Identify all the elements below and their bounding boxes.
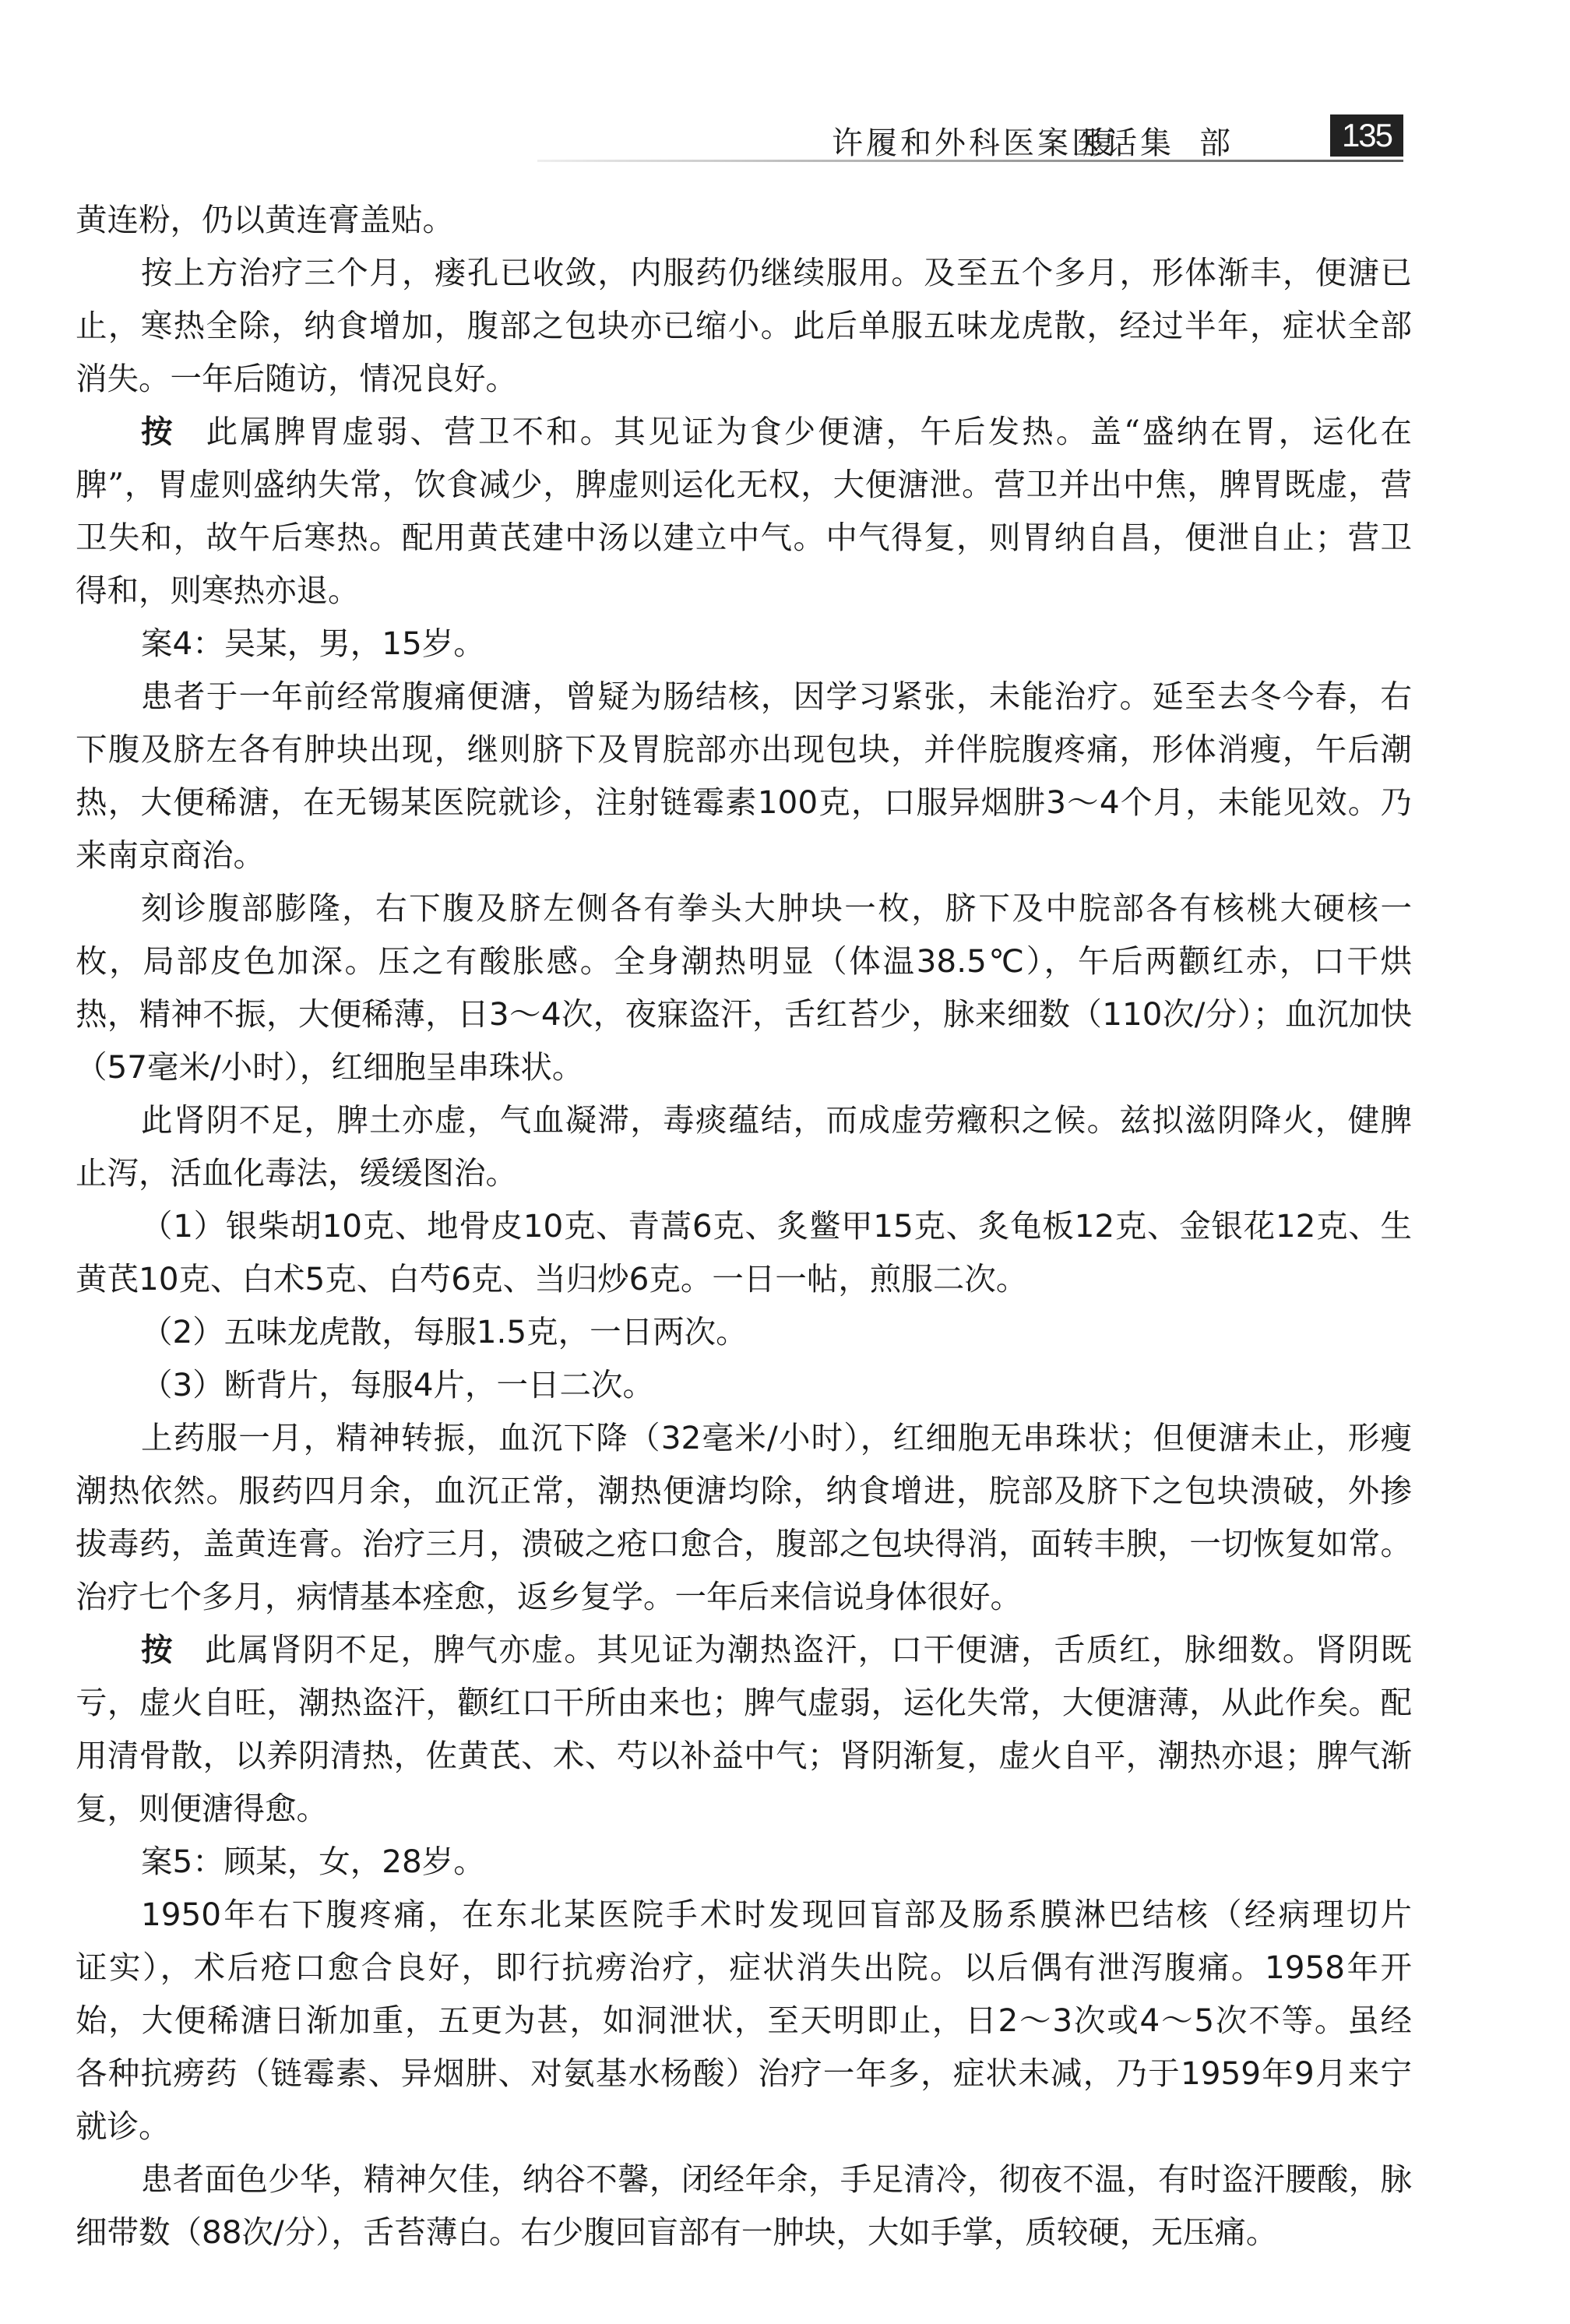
- text-line: 热，大便稀溏，在无锡某医院就诊，注射链霉素100克，口服异烟肼3～4个月，未能见…: [76, 776, 1412, 829]
- text-line: 患者面色少华，精神欠佳，纳谷不馨，闭经年余，手足清冷，彻夜不温，有时盗汗腰酸，脉: [76, 2153, 1412, 2206]
- paragraph: 按上方治疗三个月，瘘孔已收敛，内服药仍继续服用。及至五个多月，形体渐丰，便溏已止…: [76, 246, 1412, 405]
- text-line: 始，大便稀溏日渐加重，五更为甚，如洞泄状，至天明即止，日2～3次或4～5次不等。…: [76, 1994, 1412, 2047]
- text-line: 细带数（88次/分），舌苔薄白。右少腹回盲部有一肿块，大如手掌，质较硬，无压痛。: [76, 2206, 1412, 2259]
- text-line: 此肾阴不足，脾土亦虚，气血凝滞，毒痰蕴结，而成虚劳癥积之候。兹拟滋阴降火，健脾: [76, 1093, 1412, 1146]
- commentary-paragraph: 按此属肾阴不足，脾气亦虚。其见证为潮热盗汗，口干便溏，舌质红，脉细数。肾阴既亏，…: [76, 1623, 1412, 1835]
- paragraph: 上药服一月，精神转振，血沉下降（32毫米/小时），红细胞无串珠状；但便溏未止，形…: [76, 1411, 1412, 1623]
- text-line: 脾”，胃虚则盛纳失常，饮食减少，脾虚则运化无权，大便溏泄。营卫并出中焦，脾胃既虚…: [76, 458, 1412, 511]
- paragraph: （1）银柴胡10克、地骨皮10克、青蒿6克、炙鳖甲15克、炙龟板12克、金银花1…: [76, 1199, 1412, 1305]
- text-line: 得和，则寒热亦退。: [76, 564, 1412, 617]
- text-line: 消失。一年后随访，情况良好。: [76, 352, 1412, 405]
- page-number: 135: [1330, 114, 1403, 157]
- text-line: 止，寒热全除，纳食增加，腹部之包块亦已缩小。此后单服五味龙虎散，经过半年，症状全…: [76, 299, 1412, 352]
- text-line: 潮热依然。服药四月余，血沉正常，潮热便溏均除，纳食增进，脘部及脐下之包块溃破，外…: [76, 1464, 1412, 1517]
- text-line: 就诊。: [76, 2100, 1412, 2153]
- text-line: 治疗七个多月，病情基本痊愈，返乡复学。一年后来信说身体很好。: [76, 1570, 1412, 1623]
- text-line: 上药服一月，精神转振，血沉下降（32毫米/小时），红细胞无串珠状；但便溏未止，形…: [76, 1411, 1412, 1464]
- text-run: 此属脾胃虚弱、营卫不和。其见证为食少便溏，午后发热。盖“盛纳在胃，运化在: [206, 413, 1412, 450]
- text-line: 用清骨散，以养阴清热，佐黄芪、术、芍以补益中气；肾阴渐复，虚火自平，潮热亦退；脾…: [76, 1729, 1412, 1782]
- text-line: 拔毒药，盖黄连膏。治疗三月，溃破之疮口愈合，腹部之包块得消，面转丰腴，一切恢复如…: [76, 1517, 1412, 1570]
- page-body: 黄连粉，仍以黄连膏盖贴。按上方治疗三个月，瘘孔已收敛，内服药仍继续服用。及至五个…: [76, 193, 1412, 2259]
- case-heading: 案5：顾某，女，28岁。: [76, 1835, 1412, 1888]
- text-line: 复，则便溏得愈。: [76, 1782, 1412, 1835]
- text-line: 按此属脾胃虚弱、营卫不和。其见证为食少便溏，午后发热。盖“盛纳在胃，运化在: [76, 405, 1412, 458]
- text-line: 案4：吴某，男，15岁。: [76, 617, 1412, 670]
- paragraph: 此肾阴不足，脾土亦虚，气血凝滞，毒痰蕴结，而成虚劳癥积之候。兹拟滋阴降火，健脾止…: [76, 1093, 1412, 1199]
- text-line: （57毫米/小时），红细胞呈串珠状。: [76, 1041, 1412, 1093]
- text-line: 按此属肾阴不足，脾气亦虚。其见证为潮热盗汗，口干便溏，舌质红，脉细数。肾阴既: [76, 1623, 1412, 1676]
- text-line: 来南京商治。: [76, 829, 1412, 882]
- text-line: 1950年右下腹疼痛，在东北某医院手术时发现回盲部及肠系膜淋巴结核（经病理切片: [76, 1888, 1412, 1941]
- commentary-paragraph: 按此属脾胃虚弱、营卫不和。其见证为食少便溏，午后发热。盖“盛纳在胃，运化在脾”，…: [76, 405, 1412, 617]
- text-line: 亏，虚火自旺，潮热盗汗，颧红口干所由来也；脾气虚弱，运化失常，大便溏薄，从此作矣…: [76, 1676, 1412, 1729]
- case-heading: 案4：吴某，男，15岁。: [76, 617, 1412, 670]
- text-line: 黄连粉，仍以黄连膏盖贴。: [76, 193, 1412, 246]
- header-rule: [537, 160, 1403, 162]
- paragraph: 刻诊腹部膨隆，右下腹及脐左侧各有拳头大肿块一枚，脐下及中脘部各有核桃大硬核一枚，…: [76, 882, 1412, 1093]
- text-line: 按上方治疗三个月，瘘孔已收敛，内服药仍继续服用。及至五个多月，形体渐丰，便溏已: [76, 246, 1412, 299]
- text-line: 卫失和，故午后寒热。配用黄芪建中汤以建立中气。中气得复，则胃纳自昌，便泄自止；营…: [76, 511, 1412, 564]
- text-line: （2）五味龙虎散，每服1.5克，一日两次。: [76, 1305, 1412, 1358]
- text-line: 枚，局部皮色加深。压之有酸胀感。全身潮热明显（体温38.5℃），午后两颧红赤，口…: [76, 935, 1412, 988]
- paragraph: 患者面色少华，精神欠佳，纳谷不馨，闭经年余，手足清冷，彻夜不温，有时盗汗腰酸，脉…: [76, 2153, 1412, 2259]
- text-line: 各种抗痨药（链霉素、异烟肼、对氨基水杨酸）治疗一年多，症状未减，乃于1959年9…: [76, 2047, 1412, 2100]
- commentary-marker: 按: [141, 1631, 174, 1668]
- text-line: （1）银柴胡10克、地骨皮10克、青蒿6克、炙鳖甲15克、炙龟板12克、金银花1…: [76, 1199, 1412, 1252]
- text-line: （3）断背片，每服4片，一日二次。: [76, 1358, 1412, 1411]
- paragraph: 患者于一年前经常腹痛便溏，曾疑为肠结核，因学习紧张，未能治疗。延至去冬今春，右下…: [76, 670, 1412, 882]
- text-line: 止泻，活血化毒法，缓缓图治。: [76, 1146, 1412, 1199]
- paragraph: 1950年右下腹疼痛，在东北某医院手术时发现回盲部及肠系膜淋巴结核（经病理切片证…: [76, 1888, 1412, 2153]
- paragraph: 黄连粉，仍以黄连膏盖贴。: [76, 193, 1412, 246]
- text-line: 案5：顾某，女，28岁。: [76, 1835, 1412, 1888]
- text-line: 下腹及脐左各有肿块出现，继则脐下及胃脘部亦出现包块，并伴脘腹疼痛，形体消瘦，午后…: [76, 723, 1412, 776]
- running-header: 许履和外科医案医话集 腹部 135: [0, 109, 1408, 164]
- text-run: 此属肾阴不足，脾气亦虚。其见证为潮热盗汗，口干便溏，舌质红，脉细数。肾阴既: [205, 1631, 1412, 1668]
- text-line: 患者于一年前经常腹痛便溏，曾疑为肠结核，因学习紧张，未能治疗。延至去冬今春，右: [76, 670, 1412, 723]
- text-line: 证实），术后疮口愈合良好，即行抗痨治疗，症状消失出院。以后偶有泄泻腹痛。1958…: [76, 1941, 1412, 1994]
- commentary-marker: 按: [141, 413, 175, 450]
- paragraph: （3）断背片，每服4片，一日二次。: [76, 1358, 1412, 1411]
- text-line: 热，精神不振，大便稀薄，日3～4次，夜寐盗汗，舌红苔少，脉来细数（110次/分）…: [76, 988, 1412, 1041]
- section-title: 腹部: [1082, 118, 1316, 163]
- text-line: 刻诊腹部膨隆，右下腹及脐左侧各有拳头大肿块一枚，脐下及中脘部各有核桃大硬核一: [76, 882, 1412, 935]
- paragraph: （2）五味龙虎散，每服1.5克，一日两次。: [76, 1305, 1412, 1358]
- text-line: 黄芪10克、白术5克、白芍6克、当归炒6克。一日一帖，煎服二次。: [76, 1252, 1412, 1305]
